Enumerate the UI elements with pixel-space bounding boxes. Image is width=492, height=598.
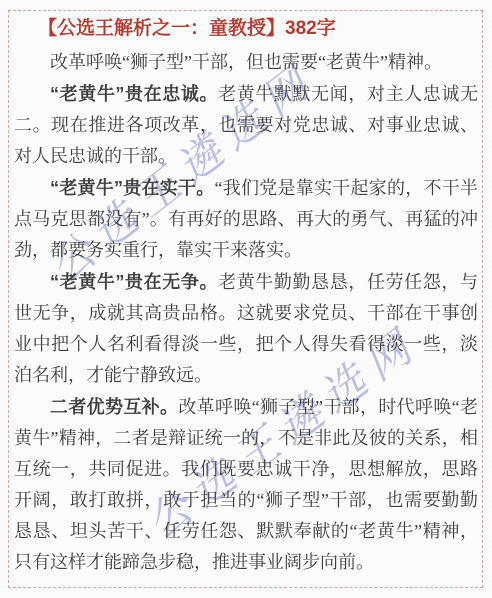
- paragraph: “老黄牛”贵在忠诚。老黄牛默默无闻，对主人忠诚无二。现在推进各项改革，也需要对党…: [14, 79, 478, 172]
- paragraph: “老黄牛”贵在实干。“我们党是靠实干起家的，不干半点马克思都没有”。有再好的思路…: [14, 173, 478, 266]
- paragraph-lead: “老黄牛”贵在无争。: [50, 272, 218, 292]
- paragraph: 改革呼唤“狮子型”干部，但也需要“老黄牛”精神。: [14, 47, 478, 78]
- paragraph-text: 改革呼唤“狮子型”干部，时代呼唤“老黄牛”精神，二者是辩证统一的，不是非此及彼的…: [14, 397, 478, 572]
- paragraph: 二者优势互补。改革呼唤“狮子型”干部，时代呼唤“老黄牛”精神，二者是辩证统一的，…: [14, 392, 478, 578]
- paragraph: “老黄牛”贵在无争。老黄牛勤勤恳恳，任劳任怨，与世无争，成就其高贵品格。这就要求…: [14, 267, 478, 391]
- paragraph-lead: “老黄牛”贵在忠诚。: [50, 84, 218, 104]
- paragraph-lead: “老黄牛”贵在实干。: [50, 178, 215, 198]
- article-content: 【公选王解析之一：童教授】382字 改革呼唤“狮子型”干部，但也需要“老黄牛”精…: [14, 13, 478, 579]
- article-title: 【公选王解析之一：童教授】382字: [14, 13, 478, 45]
- paragraph-text: 改革呼唤“狮子型”干部，但也需要“老黄牛”精神。: [50, 52, 442, 72]
- paragraph-lead: 二者优势互补。: [50, 397, 178, 417]
